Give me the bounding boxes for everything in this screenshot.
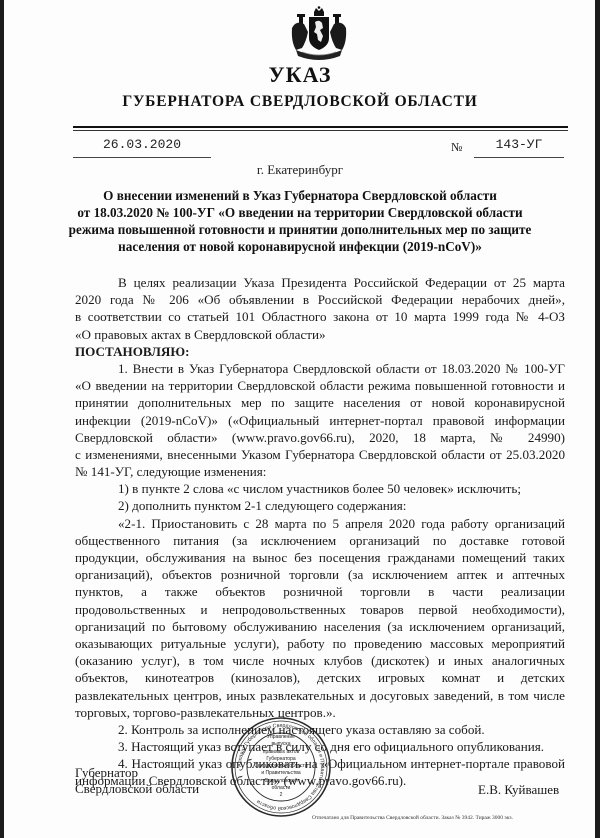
item-2-1-paragraph: «2-1. Приостановить с 28 марта по 5 апре… — [75, 515, 565, 721]
text-line: В целях реализации Указа Президента Росс… — [75, 274, 565, 291]
text-line: развлекательных центров, иных развлекате… — [75, 687, 565, 704]
text-line: принятии дополнительных мер по защите на… — [75, 394, 565, 411]
stamp-line: области — [250, 785, 312, 792]
subitem-2: 2) дополнить пунктом 2-1 следующего соде… — [75, 497, 565, 514]
text-line: продукции, обслуживания на вынос без пос… — [75, 549, 565, 566]
scan-border-right — [595, 0, 600, 838]
stamp-line: Свердловской области — [250, 763, 312, 770]
text-line: Свердловской области» (www.pravo.gov66.r… — [75, 429, 565, 446]
text-line: «О правовых актах в Свердловской области… — [75, 326, 565, 343]
document-body: В целях реализации Указа Президента Росс… — [75, 274, 565, 790]
signer-position-line: Свердловской области — [75, 781, 199, 797]
text-line: оказывающих ритуальные услуги), работу п… — [75, 635, 565, 652]
text-line: организаций), объектов розничной торговл… — [75, 566, 565, 583]
city: г. Екатеринбург — [0, 162, 600, 178]
document-date: 26.03.2020 — [73, 137, 211, 152]
heading-line: от 18.03.2020 № 100-УГ «О введении на те… — [60, 204, 540, 221]
stamp-line: правовых актов — [250, 749, 312, 756]
subitem-1: 1) в пункте 2 слова «с числом участников… — [75, 480, 565, 497]
coat-of-arms-icon — [288, 6, 350, 64]
text-line: продовольственных и непродовольственных … — [75, 601, 565, 618]
preamble-paragraph: В целях реализации Указа Президента Росс… — [75, 274, 565, 343]
heading-line: режима повышенной готовности и принятии … — [60, 221, 540, 238]
document-heading: О внесении изменений в Указ Губернатора … — [60, 187, 540, 255]
text-line: 2020 года № 206 «Об объявлении в Российс… — [75, 291, 565, 308]
stamp-line: и Правительства — [250, 770, 312, 777]
text-line: пунктов, а также объектов розничной торг… — [75, 583, 565, 600]
header-rule-thick — [73, 126, 568, 128]
document-type-title: УКАЗ — [0, 62, 600, 88]
signer-position: Губернатор Свердловской области — [75, 765, 199, 797]
text-line: инфекции (2019-nCoV)» («Официальный инте… — [75, 412, 565, 429]
stamp-line: выпуска — [250, 741, 312, 748]
heading-line: населения от новой коронавирусной инфекц… — [60, 238, 540, 255]
stamp-line: Управление — [250, 734, 312, 741]
date-underline — [73, 157, 211, 158]
official-stamp: Аппарат Губернатора Свердловской области… — [230, 716, 332, 818]
document-number: 143-УГ — [474, 137, 564, 152]
number-underline — [474, 157, 564, 158]
number-sign: № — [451, 140, 462, 155]
text-line: «О введении на территории Свердловской о… — [75, 377, 565, 394]
heading-line: О внесении изменений в Указ Губернатора … — [60, 187, 540, 204]
print-note: Отпечатано для Правительства Свердловско… — [312, 815, 513, 821]
text-line: «2-1. Приостановить с 28 марта по 5 апре… — [75, 515, 565, 532]
text-line: (оказанию услуг), в том числе ночных клу… — [75, 652, 565, 669]
stamp-line: 2 — [250, 792, 312, 799]
text-line: общественного питания (за исключением ор… — [75, 532, 565, 549]
text-line: с изменениями, внесенными Указом Губерна… — [75, 446, 565, 463]
stamp-line: Свердловской — [250, 778, 312, 785]
text-line: объектов, кинотеатров (кинозалов), детск… — [75, 669, 565, 686]
header-rule-thin — [73, 130, 568, 131]
issuer-subtitle: ГУБЕРНАТОРА СВЕРДЛОВСКОЙ ОБЛАСТИ — [0, 93, 600, 111]
signer-position-line: Губернатор — [75, 765, 199, 781]
resolve-heading: ПОСТАНОВЛЯЮ: — [75, 343, 565, 360]
text-line: № 141-УГ, следующие изменения: — [75, 463, 565, 480]
text-line: организаций по бытовому обслуживанию нас… — [75, 618, 565, 635]
signer-name: Е.В. Куйвашев — [478, 782, 559, 798]
item-1-paragraph: 1. Внести в Указ Губернатора Свердловско… — [75, 360, 565, 480]
stamp-inner-text: Управление выпуска правовых актов Губерн… — [250, 734, 312, 800]
text-line: 1. Внести в Указ Губернатора Свердловско… — [75, 360, 565, 377]
text-line: в соответствии со статьей 101 Областного… — [75, 308, 565, 325]
